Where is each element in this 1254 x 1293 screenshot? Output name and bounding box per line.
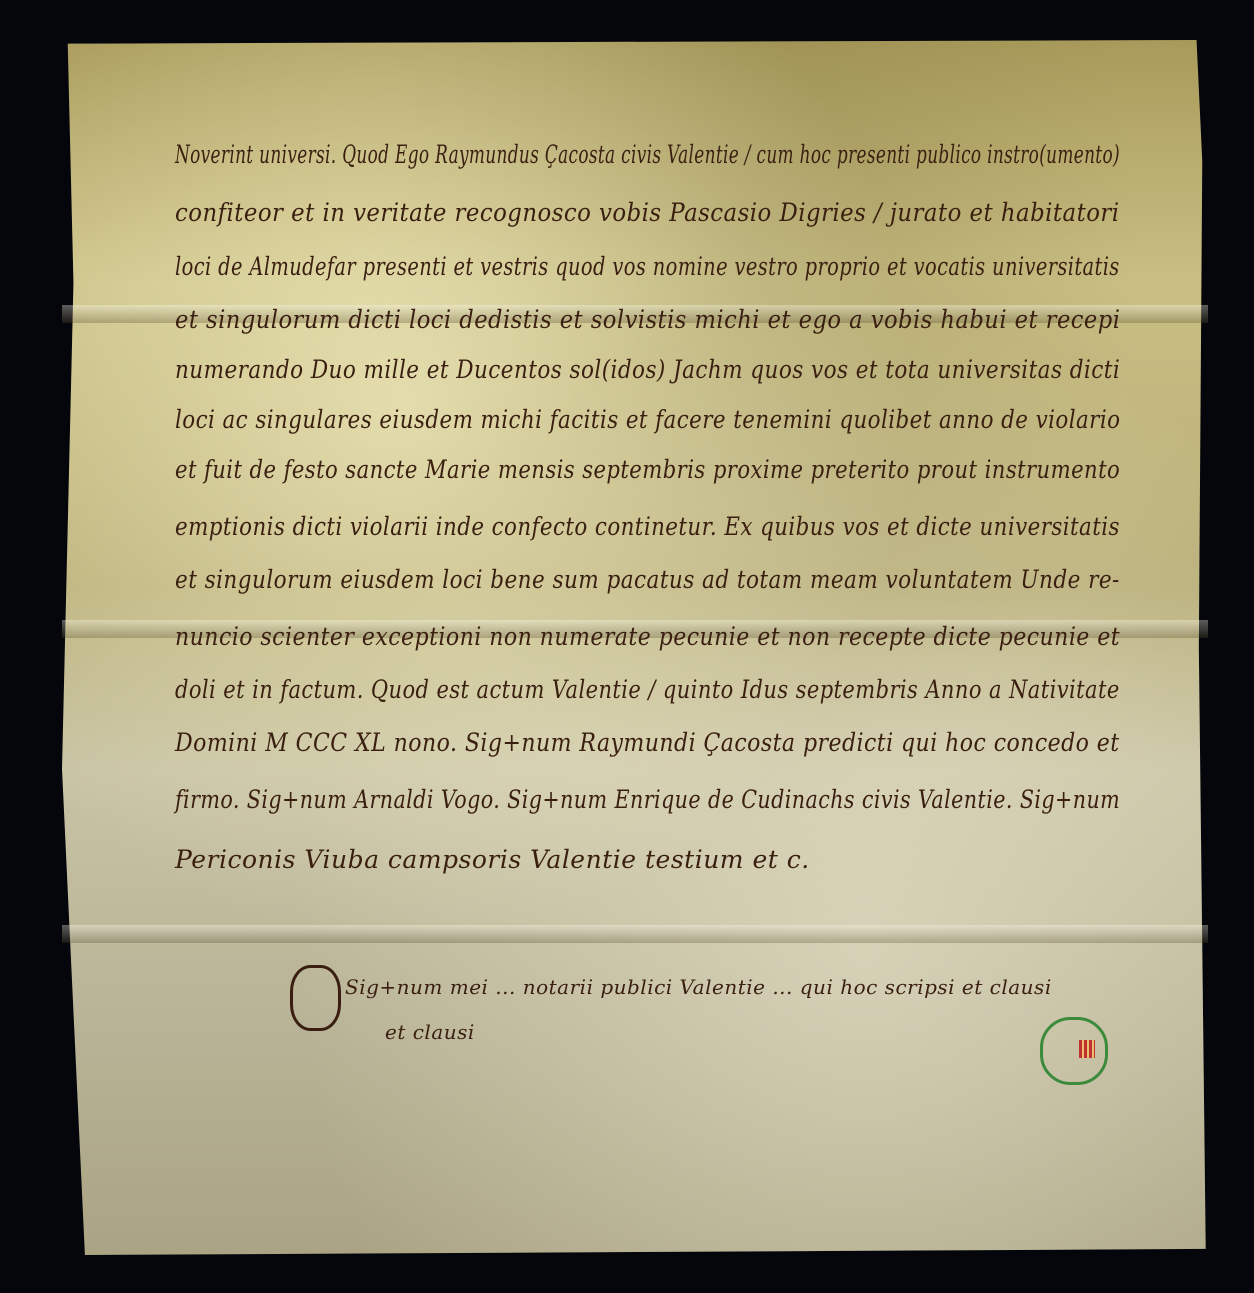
archive-stamp-icon — [1040, 1017, 1108, 1085]
notary-sign-icon — [290, 965, 341, 1031]
text-line: Domini M CCC XL nono. Sig+num Raymundi Ç… — [175, 728, 1120, 757]
text-line: et singulorum eiusdem loci bene sum paca… — [175, 565, 1120, 594]
text-line: loci de Almudefar presenti et vestris qu… — [175, 252, 1120, 281]
text-line: Noverint universi. Quod Ego Raymundus Ça… — [175, 140, 1120, 169]
text-line: firmo. Sig+num Arnaldi Vogo. Sig+num Enr… — [175, 785, 1120, 814]
notary-subscription: Sig+num mei ... notarii publici Valentie… — [345, 975, 1052, 999]
text-line: emptionis dicti violarii inde confecto c… — [175, 512, 1120, 541]
text-line: nuncio scienter exceptioni non numerate … — [175, 622, 1120, 651]
text-line: confiteor et in veritate recognosco vobi… — [175, 198, 1120, 227]
text-line: et fuit de festo sancte Marie mensis sep… — [175, 455, 1120, 484]
text-line: numerando Duo mille et Ducentos sol(idos… — [175, 355, 1120, 384]
text-line: Periconis Viuba campsoris Valentie testi… — [175, 845, 810, 874]
text-line: doli et in factum. Quod est actum Valent… — [175, 675, 1120, 704]
notary-subscription-end: et clausi — [385, 1020, 475, 1044]
text-line: et singulorum dicti loci dedistis et sol… — [175, 305, 1120, 334]
fold-crease — [62, 925, 1208, 943]
text-line: loci ac singulares eiusdem michi facitis… — [175, 405, 1120, 434]
